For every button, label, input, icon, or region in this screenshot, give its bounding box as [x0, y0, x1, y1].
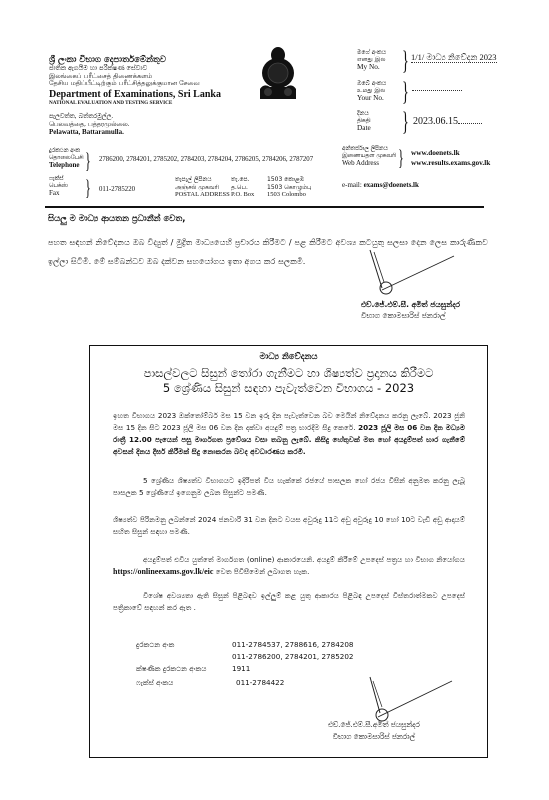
- po-box-city: 1503 කොළඹ 1503 கொழும்பு 1503 Colombo: [267, 176, 312, 199]
- web-label-en: Web Address: [342, 160, 396, 167]
- city-ta: 1503 கொழும்பு: [267, 184, 312, 192]
- paragraph-online-application: අයදුම්පත් එවිය යුත්තේ මාර්ගගත (online) ආ…: [113, 554, 465, 578]
- press-release-box: මාධ්‍ය නිවේදනය පාසල්වලට සිසුන් තෝරා ගැනී…: [89, 345, 488, 758]
- address-tamil: பெலவத்தை, பத்தரமுல்லை.: [49, 121, 130, 129]
- cover-letter-signatory: එච්.ජේ.එම්.සී. අමිත් ජයසුන්දර විභාග කොමස…: [361, 299, 460, 321]
- paragraph-eligibility: 5 ශ්‍රේණිය ශිෂ්‍යත්ව විභාගයට ඉදිරිපත් වි…: [113, 475, 465, 499]
- contact-label: ෆැක්ස් අංකය: [136, 677, 173, 689]
- salutation: සියලු ම මාධ්‍ය ආයතන ප්‍රධානීන් වෙත,: [48, 214, 186, 224]
- org-address: පැලවත්ත, බත්තරමුල්ල. பெலவத்தை, பத்தரமுல்…: [49, 113, 130, 136]
- signatory-name: එච්.ජේ.එම්.සී.අමිත් ජයසුන්දර: [328, 719, 420, 731]
- date-label-en: Date: [357, 124, 371, 131]
- online-exams-link[interactable]: https://onlineexams.gov.lk/eic: [113, 567, 213, 576]
- paragraph-special-needs: විශේෂ අවශ්‍යතා ඇති සිසුන් පිළිබඳව ඉල්ලුම…: [113, 590, 465, 614]
- postal-address-label: තැපැල් ලිපිනය அஞ்சல் முகவரி POSTAL ADDRE…: [175, 176, 230, 199]
- signatory-name: එච්.ජේ.එම්.සී. අමිත් ජයසුන්දර: [361, 299, 460, 310]
- web-url-results[interactable]: www.results.exams.gov.lk: [411, 158, 490, 168]
- postal-label-en: POSTAL ADDRESS: [175, 191, 230, 199]
- email-label: e-mail:: [342, 181, 362, 189]
- telephone-label-en: Telephone: [49, 162, 84, 169]
- heading-line-1: පාසල්වලට සිසුන් තෝරා ගැනීමට හා ශිෂ්‍යත්ව…: [90, 366, 487, 381]
- heading-line-2: 5 ශ්‍රේණිය සිසුන් සඳහා පැවැත්වෙන විභාගය …: [90, 381, 487, 396]
- address-sinhala: පැලවත්ත, බත්තරමුල්ල.: [49, 113, 130, 121]
- date-label-si: දිනය: [357, 110, 371, 117]
- postal-label-ta: அஞ்சல் முகவரி: [175, 184, 230, 192]
- web-url-doenets[interactable]: www.doenets.lk: [411, 148, 490, 158]
- your-no-label-si: ඔබේ අංකය: [357, 80, 386, 87]
- fax-label: ෆැක්ස් பெக்ஸ் Fax: [49, 176, 68, 197]
- fax-label-en: Fax: [49, 190, 68, 197]
- my-no-value-text: 1/1/ මාධ්‍ය නිවේදන 2023: [411, 52, 497, 63]
- paragraph-scholarship: ශිෂ්‍යත්ව පිරිනමනු ලබන්නේ 2024 ජනවාරි 31…: [113, 514, 465, 538]
- service-name-english: NATIONAL EVALUATION AND TESTING SERVICE: [49, 100, 229, 107]
- city-si: 1503 කොළඹ: [267, 176, 312, 184]
- brace-icon: }: [85, 148, 91, 174]
- hotline-number: 1911: [232, 663, 250, 675]
- signatory-title: විභාග කොමසාරිස් ජනරාල්: [361, 310, 460, 321]
- cover-letter-body: පහත සඳහන් නිවේදනය ඔබ විද්‍යුත් / මුද්‍රි…: [48, 233, 488, 271]
- web-address-label: අන්තර්ජාල ලිපිනය இணையதள முகவரி Web Addre…: [342, 146, 396, 167]
- fax-number: 011-2785220: [99, 186, 135, 193]
- your-no-label-en: Your No.: [357, 94, 386, 101]
- web-label-si: අන්තර්ජාල ලිපිනය: [342, 146, 396, 153]
- city-en: 1503 Colombo: [267, 191, 312, 199]
- brace-icon: }: [402, 79, 409, 105]
- your-no-label: ඔබේ අංකය உமது இல Your No.: [357, 80, 386, 101]
- contact-label: ක්ෂණික දුරකථන අංකය: [136, 663, 207, 675]
- po-box-si: තැ.පෙ.: [231, 176, 254, 184]
- para4-text: අයදුම්පත් එවිය යුත්තේ මාර්ගගත (online) ආ…: [143, 555, 465, 564]
- your-no-value: [412, 90, 462, 91]
- date-value: 2023.06.15: [413, 116, 482, 127]
- telephone-line-1: 011-2784537, 2788616, 2784208: [232, 639, 353, 651]
- contact-label: දුරකථන අංක: [136, 639, 174, 651]
- postal-label-si: තැපැල් ලිපිනය: [175, 176, 230, 184]
- telephone-label-si: දුරකථන අංක: [49, 148, 84, 155]
- po-box-ta: த.பெ.: [231, 184, 254, 192]
- brace-icon: }: [85, 175, 91, 201]
- my-no-label: මගේ අංකය எனது இல My No.: [357, 49, 386, 70]
- signatory-title: විභාග කොමසාරිස් ජනරාල්: [328, 731, 420, 743]
- my-no-label-si: මගේ අංකය: [357, 49, 386, 56]
- fax-number: 011-2784422: [236, 677, 284, 689]
- contact-values: 011-2784537, 2788616, 2784208 011-278620…: [232, 639, 353, 663]
- email-address[interactable]: exams@doenets.lk: [364, 181, 419, 189]
- po-box-label: තැ.පෙ. த.பெ. P.O. Box: [231, 176, 254, 199]
- my-no-label-en: My No.: [357, 63, 386, 70]
- paragraph-exam-date: ඉහත විභාගය 2023 ඔක්තෝම්බර් මස 15 වන ඉරු …: [113, 410, 465, 458]
- service-name-tamil: தேசிய மதிப்பீட்டிற்கும் பரீட்சித்தலுக்கு…: [49, 80, 229, 88]
- press-release-heading: පාසල්වලට සිසුන් තෝරා ගැනීමට හා ශිෂ්‍යත්ව…: [90, 366, 487, 396]
- web-urls: www.doenets.lk www.results.exams.gov.lk: [411, 148, 490, 167]
- telephone-label: දුරකථන අංක தொலைபேசி Telephone: [49, 148, 84, 169]
- national-emblem-icon: [256, 45, 300, 101]
- my-no-value: 1/1/ මාධ්‍ය නිවේදන 2023: [411, 52, 497, 63]
- signature-icon: [348, 675, 458, 725]
- address-english: Pelawatta, Battaramulla.: [49, 128, 130, 136]
- letterhead-divider: [45, 206, 484, 208]
- brace-icon: }: [398, 145, 404, 171]
- press-release-signatory: එච්.ජේ.එම්.සී.අමිත් ජයසුන්දර විභාග කොමසා…: [328, 719, 420, 743]
- brace-icon: }: [402, 48, 409, 74]
- email-line: e-mail: exams@doenets.lk: [342, 181, 419, 189]
- brace-icon: }: [402, 109, 409, 135]
- date-label: දිනය திகதி Date: [357, 110, 371, 131]
- press-release-label: මාධ්‍ය නිවේදනය: [90, 352, 487, 362]
- fax-label-si: ෆැක්ස්: [49, 176, 68, 183]
- date-value-text: 2023.06.15: [413, 116, 458, 127]
- telephone-line-2: 011-2786200, 2784201, 2785202: [232, 651, 353, 663]
- letterhead-organization: ශ්‍රී ලංකා විභාග දෙපාර්තමේන්තුව ජාතික ඇග…: [49, 55, 229, 107]
- para4-text-after: වෙත පිවිසීමෙන් ලබාගත හැක.: [216, 567, 310, 576]
- po-box-en: P.O. Box: [231, 191, 254, 199]
- date-dots: [458, 123, 482, 124]
- telephone-numbers: 2786200, 2784201, 2785202, 2784203, 2784…: [99, 156, 313, 163]
- org-name-english: Department of Examinations, Sri Lanka: [49, 89, 229, 100]
